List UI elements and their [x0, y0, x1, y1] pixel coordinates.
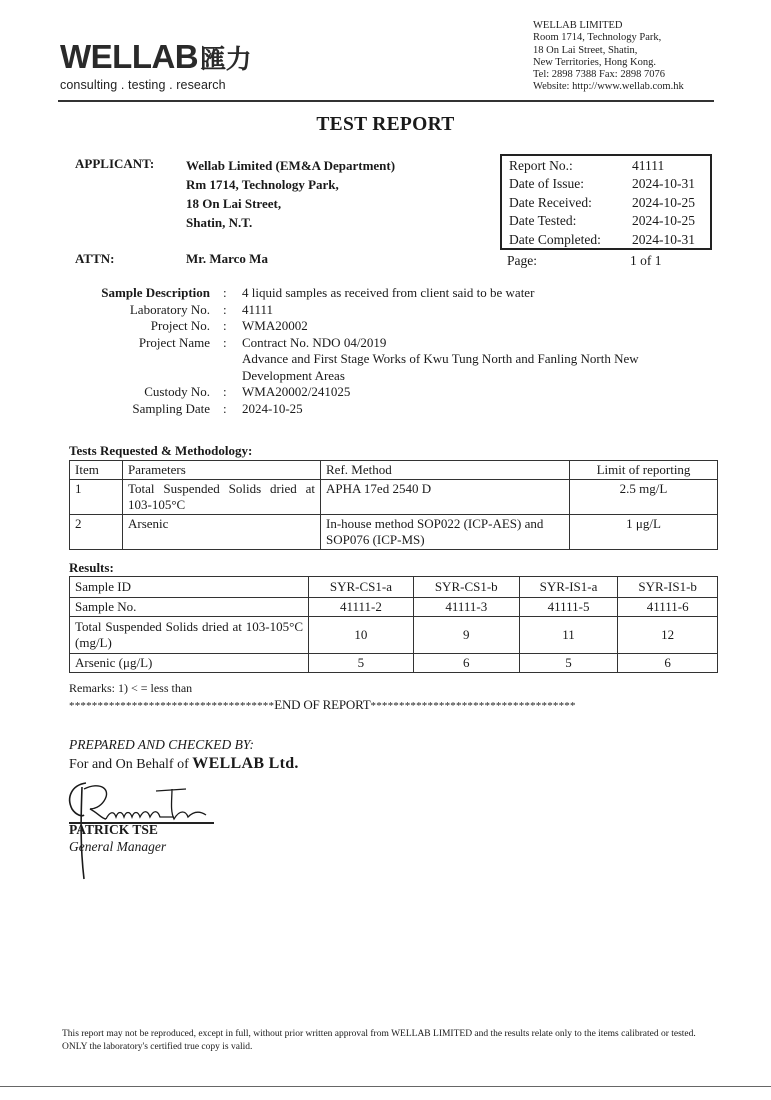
company-address-line: New Territories, Hong Kong. — [533, 57, 684, 69]
desc-row: Sample Description:4 liquid samples as r… — [60, 285, 740, 302]
company-logo: WELLAB匯力 consulting . testing . research — [60, 40, 251, 92]
report-info-box: Report No.:41111 Date of Issue:2024-10-3… — [500, 154, 712, 250]
sample-no-cell: 41111-2 — [309, 598, 414, 617]
desc-value: WMA20002/241025 — [242, 384, 350, 401]
info-label: Date Received: — [509, 195, 592, 211]
sample-id-cell: SYR-CS1-a — [309, 577, 414, 598]
desc-row: Development Areas — [60, 368, 740, 385]
limit-cell: 2.5 mg/L — [570, 480, 718, 515]
logo-wordmark: WELLAB匯力 — [60, 40, 251, 77]
footer-disclaimer: This report may not be reproduced, excep… — [62, 1028, 722, 1053]
sample-id-cell: SYR-IS1-b — [618, 577, 718, 598]
result-value: 12 — [618, 617, 718, 654]
sample-no-cell: 41111-6 — [618, 598, 718, 617]
info-value: 2024-10-25 — [632, 195, 695, 211]
footer-divider — [0, 1086, 771, 1087]
desc-label: Sampling Date — [60, 401, 210, 418]
row-label: Sample No. — [70, 598, 309, 617]
result-value: 6 — [618, 654, 718, 673]
logo-tagline: consulting . testing . research — [60, 78, 251, 92]
result-value: 10 — [309, 617, 414, 654]
remarks: Remarks: 1) < = less than — [69, 681, 192, 696]
desc-colon: : — [223, 384, 227, 401]
behalf-company: WELLAB Ltd. — [192, 755, 298, 772]
results-section-label: Results: — [69, 560, 114, 576]
behalf-prefix: For and On Behalf of — [69, 757, 192, 772]
applicant-line: Wellab Limited (EM&A Department) — [186, 156, 395, 175]
table-row: Arsenic (μg/L) 5 6 5 6 — [70, 654, 718, 673]
header-cell: Parameters — [123, 461, 321, 480]
tests-section-label: Tests Requested & Methodology: — [69, 443, 252, 459]
info-label: Date Tested: — [509, 213, 576, 229]
desc-value: 41111 — [242, 302, 273, 319]
info-label: Date Completed: — [509, 232, 601, 248]
limit-cell: 1 μg/L — [570, 515, 718, 550]
logo-cjk-text: 匯力 — [200, 45, 251, 75]
table-header-row: Item Parameters Ref. Method Limit of rep… — [70, 461, 718, 480]
header-cell: Item — [70, 461, 123, 480]
applicant-line: Shatin, N.T. — [186, 213, 395, 232]
header-divider — [58, 100, 714, 102]
method-cell: In-house method SOP022 (ICP-AES) and SOP… — [321, 515, 570, 550]
desc-label: Project No. — [60, 318, 210, 335]
result-value: 5 — [519, 654, 618, 673]
info-value: 2024-10-25 — [632, 213, 695, 229]
desc-value: Advance and First Stage Works of Kwu Tun… — [242, 351, 639, 368]
item-cell: 1 — [70, 480, 123, 515]
desc-value: 4 liquid samples as received from client… — [242, 285, 534, 302]
desc-row: Laboratory No.:41111 — [60, 302, 740, 319]
info-value: 2024-10-31 — [632, 232, 695, 248]
results-table: Sample ID SYR-CS1-a SYR-CS1-b SYR-IS1-a … — [69, 576, 718, 673]
page-title: TEST REPORT — [0, 114, 771, 136]
parameter-cell: Arsenic — [123, 515, 321, 550]
attn-value: Mr. Marco Ma — [186, 251, 268, 267]
result-value: 11 — [519, 617, 618, 654]
row-label: Arsenic (μg/L) — [70, 654, 309, 673]
sample-no-cell: 41111-3 — [413, 598, 519, 617]
result-value: 9 — [413, 617, 519, 654]
desc-colon: : — [223, 285, 227, 302]
desc-label: Laboratory No. — [60, 302, 210, 319]
company-contact: Tel: 2898 7388 Fax: 2898 7076 — [533, 69, 684, 81]
result-value: 5 — [309, 654, 414, 673]
table-row: Total Suspended Solids dried at 103-105°… — [70, 617, 718, 654]
company-address-line: Room 1714, Technology Park, — [533, 32, 684, 44]
desc-label: Project Name — [60, 335, 210, 352]
info-value: 2024-10-31 — [632, 176, 695, 192]
desc-colon: : — [223, 318, 227, 335]
desc-row: Sampling Date:2024-10-25 — [60, 401, 740, 418]
sample-id-cell: SYR-IS1-a — [519, 577, 618, 598]
applicant-line: Rm 1714, Technology Park, — [186, 175, 395, 194]
header-cell: Limit of reporting — [570, 461, 718, 480]
attn-label: ATTN: — [75, 251, 114, 267]
sample-no-cell: 41111-5 — [519, 598, 618, 617]
stars-left: ************************************ — [69, 700, 274, 712]
info-label: Report No.: — [509, 158, 573, 174]
table-row: 2 Arsenic In-house method SOP022 (ICP-AE… — [70, 515, 718, 550]
desc-value: 2024-10-25 — [242, 401, 303, 418]
desc-row: Project No.:WMA20002 — [60, 318, 740, 335]
page-value: 1 of 1 — [630, 253, 662, 269]
desc-value: Development Areas — [242, 368, 345, 385]
sample-id-cell: SYR-CS1-b — [413, 577, 519, 598]
company-name: WELLAB LIMITED — [533, 20, 684, 32]
page-label: Page: — [507, 253, 537, 269]
stars-right: ************************************ — [371, 700, 576, 712]
table-row: Sample No. 41111-2 41111-3 41111-5 41111… — [70, 598, 718, 617]
company-address-block: WELLAB LIMITED Room 1714, Technology Par… — [533, 20, 684, 94]
result-value: 6 — [413, 654, 519, 673]
tests-table: Item Parameters Ref. Method Limit of rep… — [69, 460, 718, 550]
desc-label: Custody No. — [60, 384, 210, 401]
on-behalf-line: For and On Behalf of WELLAB Ltd. — [69, 755, 299, 773]
signer-title: General Manager — [69, 839, 166, 855]
info-label: Date of Issue: — [509, 176, 584, 192]
sample-description: Sample Description:4 liquid samples as r… — [60, 285, 740, 417]
signer-name: PATRICK TSE — [69, 822, 158, 838]
header-cell: Ref. Method — [321, 461, 570, 480]
desc-colon: : — [223, 401, 227, 418]
table-row: 1 Total Suspended Solids dried at 103-10… — [70, 480, 718, 515]
company-address-line: 18 On Lai Street, Shatin, — [533, 45, 684, 57]
applicant-label: APPLICANT: — [75, 156, 154, 172]
desc-value: Contract No. NDO 04/2019 — [242, 335, 386, 352]
desc-colon: : — [223, 302, 227, 319]
table-row: Sample ID SYR-CS1-a SYR-CS1-b SYR-IS1-a … — [70, 577, 718, 598]
info-value: 41111 — [632, 158, 664, 174]
desc-label: Sample Description — [60, 285, 210, 302]
method-cell: APHA 17ed 2540 D — [321, 480, 570, 515]
desc-colon: : — [223, 335, 227, 352]
desc-row: Project Name:Contract No. NDO 04/2019 — [60, 335, 740, 352]
row-label: Total Suspended Solids dried at 103-105°… — [70, 617, 309, 654]
end-of-report: ************************************END … — [69, 697, 576, 713]
applicant-address: Wellab Limited (EM&A Department) Rm 1714… — [186, 156, 395, 232]
company-website: Website: http://www.wellab.com.hk — [533, 81, 684, 93]
logo-text: WELLAB — [60, 38, 198, 75]
desc-row: Custody No.:WMA20002/241025 — [60, 384, 740, 401]
desc-value: WMA20002 — [242, 318, 308, 335]
parameter-cell: Total Suspended Solids dried at 103-105°… — [123, 480, 321, 515]
row-label: Sample ID — [70, 577, 309, 598]
prepared-by-label: PREPARED AND CHECKED BY: — [69, 737, 254, 753]
desc-row: Advance and First Stage Works of Kwu Tun… — [60, 351, 740, 368]
item-cell: 2 — [70, 515, 123, 550]
end-of-report-text: END OF REPORT — [274, 697, 370, 712]
applicant-line: 18 On Lai Street, — [186, 194, 395, 213]
